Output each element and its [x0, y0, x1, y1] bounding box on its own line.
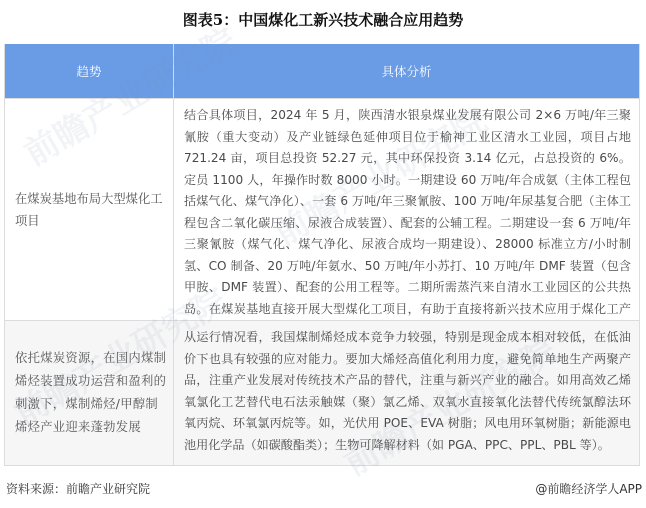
credit-text: @前瞻经济学人APP	[535, 480, 642, 497]
header-analysis: 具体分析	[174, 44, 639, 98]
analysis-cell: 从运行情况看，我国煤制烯烃成本竞争力较强，特别是现金成本相对较低，在低油价下也具…	[174, 321, 639, 465]
trend-text: 在煤炭基地布局大型煤化工项目	[15, 188, 167, 232]
trend-cell: 依托煤炭资源，在国内煤制烯烃装置成功运营和盈利的刺激下，煤制烯烃/甲醇制烯烃产业…	[5, 321, 174, 465]
analysis-cell: 结合具体项目，2024 年 5 月，陕西清水银泉煤业发展有限公司 2×6 万吨/…	[174, 99, 639, 320]
analysis-text: 从运行情况看，我国煤制烯烃成本竞争力较强，特别是现金成本相对较低，在低油价下也具…	[184, 327, 631, 459]
table-row: 依托煤炭资源，在国内煤制烯烃装置成功运营和盈利的刺激下，煤制烯烃/甲醇制烯烃产业…	[5, 320, 639, 465]
trend-table: 趋势 具体分析 在煤炭基地布局大型煤化工项目 结合具体项目，2024 年 5 月…	[4, 44, 640, 466]
analysis-text: 结合具体项目，2024 年 5 月，陕西清水银泉煤业发展有限公司 2×6 万吨/…	[184, 105, 631, 314]
footer: 资料来源：前瞻产业研究院 @前瞻经济学人APP	[6, 478, 642, 498]
trend-cell: 在煤炭基地布局大型煤化工项目	[5, 99, 174, 320]
table-header-row: 趋势 具体分析	[5, 44, 639, 98]
chart-title: 图表5：中国煤化工新兴技术融合应用趋势	[0, 8, 646, 32]
source-text: 资料来源：前瞻产业研究院	[6, 480, 150, 497]
header-trend: 趋势	[5, 44, 174, 98]
table-row: 在煤炭基地布局大型煤化工项目 结合具体项目，2024 年 5 月，陕西清水银泉煤…	[5, 98, 639, 320]
trend-text: 依托煤炭资源，在国内煤制烯烃装置成功运营和盈利的刺激下，煤制烯烃/甲醇制烯烃产业…	[15, 347, 167, 439]
